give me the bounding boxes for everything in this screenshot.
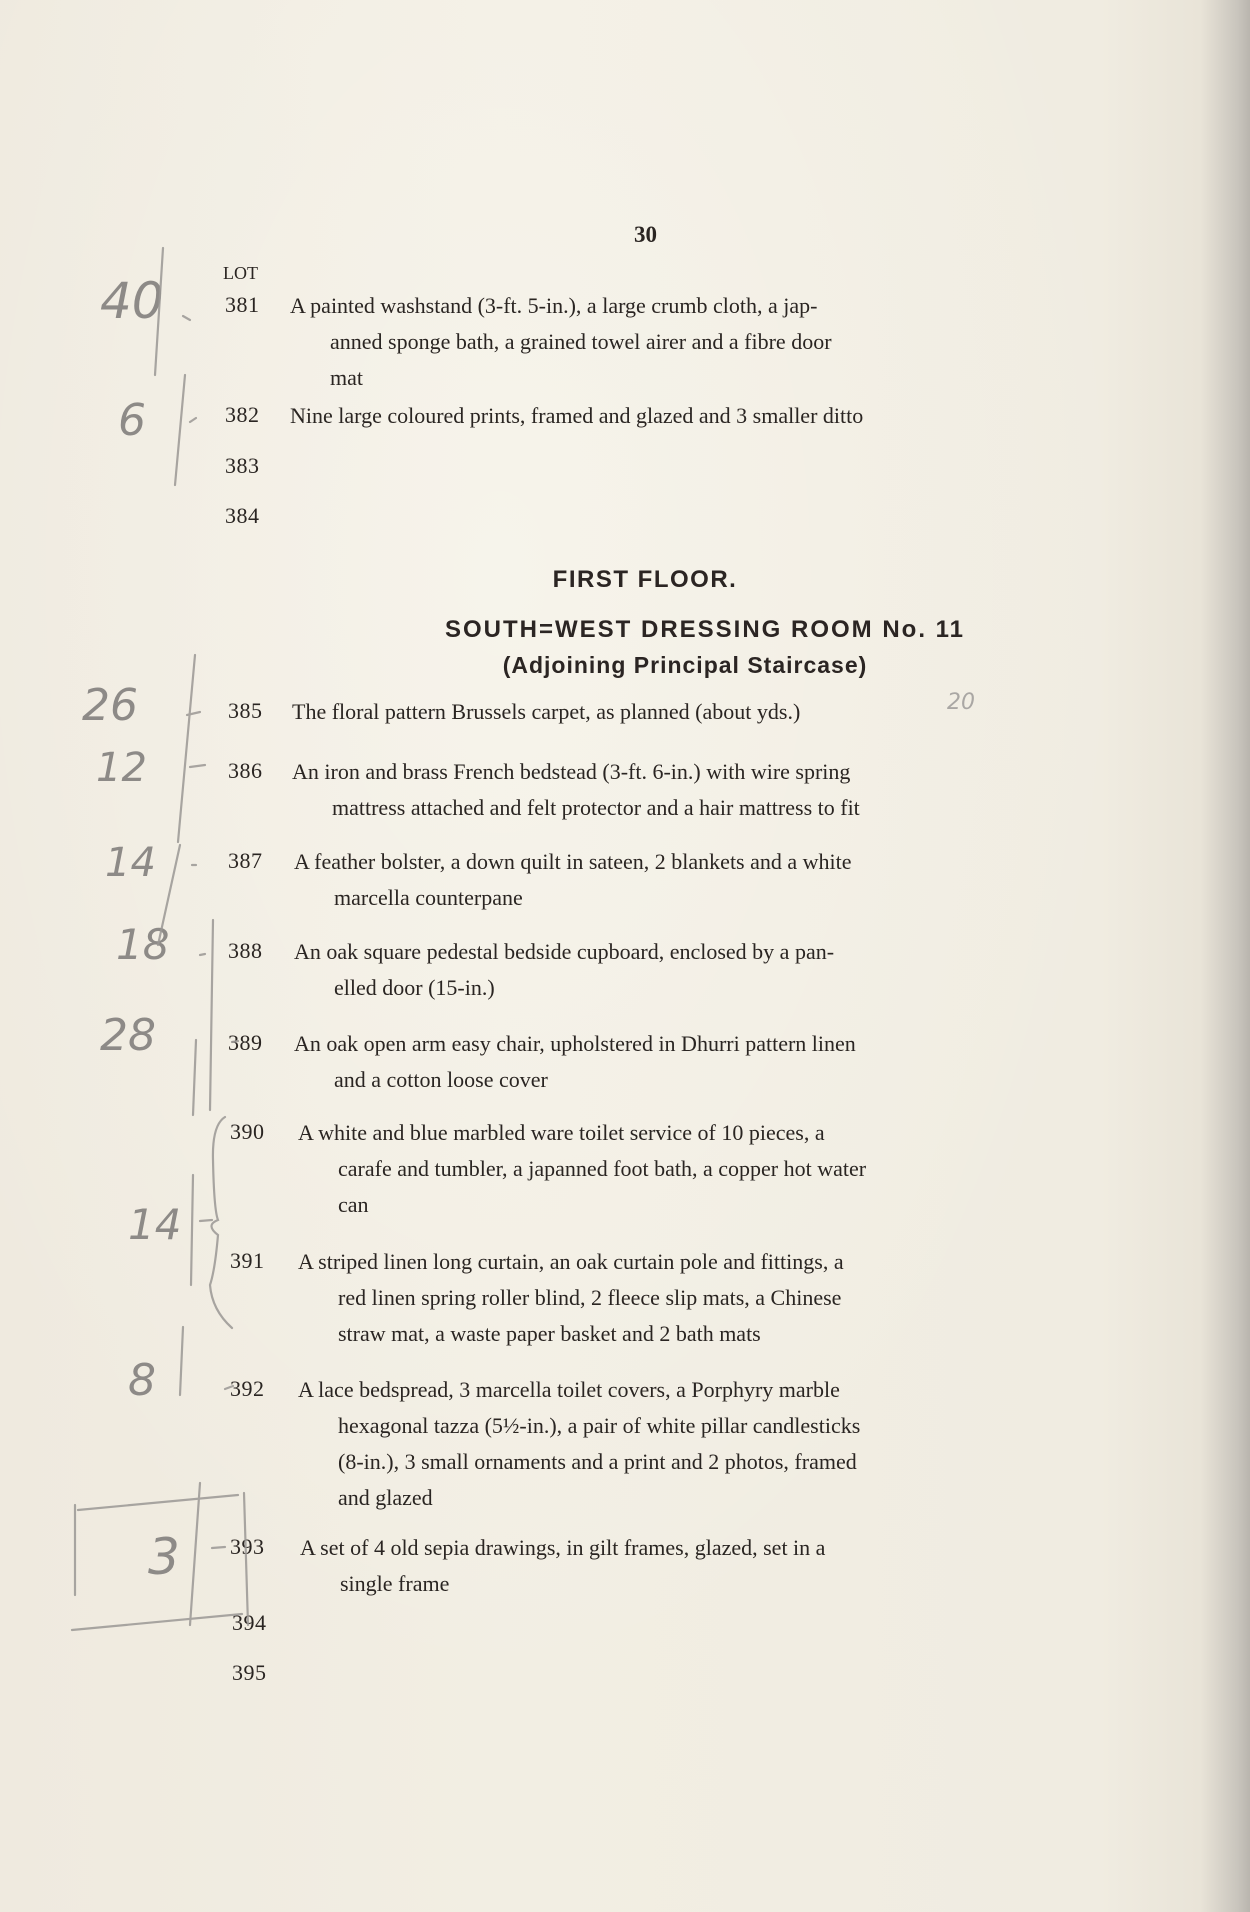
pencil-inline-yards: 20: [947, 690, 975, 715]
lot-description: A set of 4 old sepia drawings, in gilt f…: [300, 1530, 1097, 1602]
description-line: elled door (15-in.): [294, 970, 1089, 1006]
pencil-price-annotation: 8: [128, 1355, 156, 1406]
pencil-price-annotation: 40: [100, 272, 164, 330]
pencil-price-annotation: 3: [148, 1528, 180, 1586]
lot-description: An oak square pedestal bedside cupboard,…: [294, 934, 1089, 1006]
description-line: red linen spring roller blind, 2 fleece …: [298, 1280, 1093, 1316]
lot-number: 389: [228, 1030, 263, 1056]
pencil-price-annotation: 14: [128, 1200, 181, 1249]
lot-number: 393: [230, 1534, 265, 1560]
room-heading: SOUTH=WEST DRESSING ROOM No. 11: [0, 616, 1250, 644]
description-line: carafe and tumbler, a japanned foot bath…: [298, 1151, 1093, 1187]
page-number: 30: [634, 222, 657, 248]
lot-number: 390: [230, 1119, 265, 1145]
lot-number: 388: [228, 938, 263, 964]
description-line: can: [298, 1187, 1093, 1223]
lot-description: An oak open arm easy chair, upholstered …: [294, 1026, 1089, 1098]
description-line: (8-in.), 3 small ornaments and a print a…: [298, 1444, 1095, 1480]
lot-number: 383: [225, 453, 260, 479]
lot-number: 384: [225, 503, 260, 529]
lot-number: 382: [225, 402, 260, 428]
lot-number: 392: [230, 1376, 265, 1402]
pencil-price-annotation: 26: [82, 680, 138, 731]
description-line: An oak open arm easy chair, upholstered …: [294, 1026, 1089, 1062]
room-subheading: (Adjoining Principal Staircase): [0, 652, 1250, 679]
lot-description: A feather bolster, a down quilt in satee…: [294, 844, 1089, 916]
description-line: and a cotton loose cover: [294, 1062, 1089, 1098]
lot-description: A painted washstand (3-ft. 5-in.), a lar…: [290, 288, 1085, 396]
catalogue-page: 30 LOT FIRST FLOOR. SOUTH=WEST DRESSING …: [0, 0, 1250, 1912]
description-line: single frame: [300, 1566, 1097, 1602]
lot-description: A lace bedspread, 3 marcella toilet cove…: [298, 1372, 1095, 1516]
pencil-price-annotation: 28: [100, 1010, 156, 1061]
description-line: An iron and brass French bedstead (3-ft.…: [292, 754, 1087, 790]
description-line: A painted washstand (3-ft. 5-in.), a lar…: [290, 288, 1085, 324]
description-line: and glazed: [298, 1480, 1095, 1516]
pencil-price-annotation: 14: [105, 840, 156, 886]
pencil-price-annotation: 18: [116, 920, 169, 969]
description-line: mat: [290, 360, 1085, 396]
lot-number: 394: [232, 1610, 267, 1636]
description-line: An oak square pedestal bedside cupboard,…: [294, 934, 1089, 970]
description-line: A striped linen long curtain, an oak cur…: [298, 1244, 1093, 1280]
pencil-price-annotation: 12: [96, 745, 147, 791]
lot-column-header: LOT: [223, 263, 258, 284]
lot-number: 381: [225, 292, 260, 318]
lot-description: A striped linen long curtain, an oak cur…: [298, 1244, 1093, 1352]
description-line: marcella counterpane: [294, 880, 1089, 916]
description-line: mattress attached and felt protector and…: [292, 790, 1087, 826]
description-line: A white and blue marbled ware toilet ser…: [298, 1115, 1093, 1151]
description-line: A feather bolster, a down quilt in satee…: [294, 844, 1089, 880]
lot-description: A white and blue marbled ware toilet ser…: [298, 1115, 1093, 1223]
description-line: hexagonal tazza (5½-in.), a pair of whit…: [298, 1408, 1095, 1444]
floor-heading: FIRST FLOOR.: [0, 566, 1250, 594]
lot-description: An iron and brass French bedstead (3-ft.…: [292, 754, 1087, 826]
description-line: anned sponge bath, a grained towel airer…: [290, 324, 1085, 360]
lot-number: 387: [228, 848, 263, 874]
lot-number: 395: [232, 1660, 267, 1686]
description-line: Nine large coloured prints, framed and g…: [290, 398, 1085, 434]
lot-number: 386: [228, 758, 263, 784]
pencil-price-annotation: 6: [118, 395, 146, 446]
lot-number: 385: [228, 698, 263, 724]
lot-number: 391: [230, 1248, 265, 1274]
lot-description: Nine large coloured prints, framed and g…: [290, 398, 1085, 434]
description-line: straw mat, a waste paper basket and 2 ba…: [298, 1316, 1093, 1352]
description-line: A lace bedspread, 3 marcella toilet cove…: [298, 1372, 1095, 1408]
description-line: A set of 4 old sepia drawings, in gilt f…: [300, 1530, 1097, 1566]
